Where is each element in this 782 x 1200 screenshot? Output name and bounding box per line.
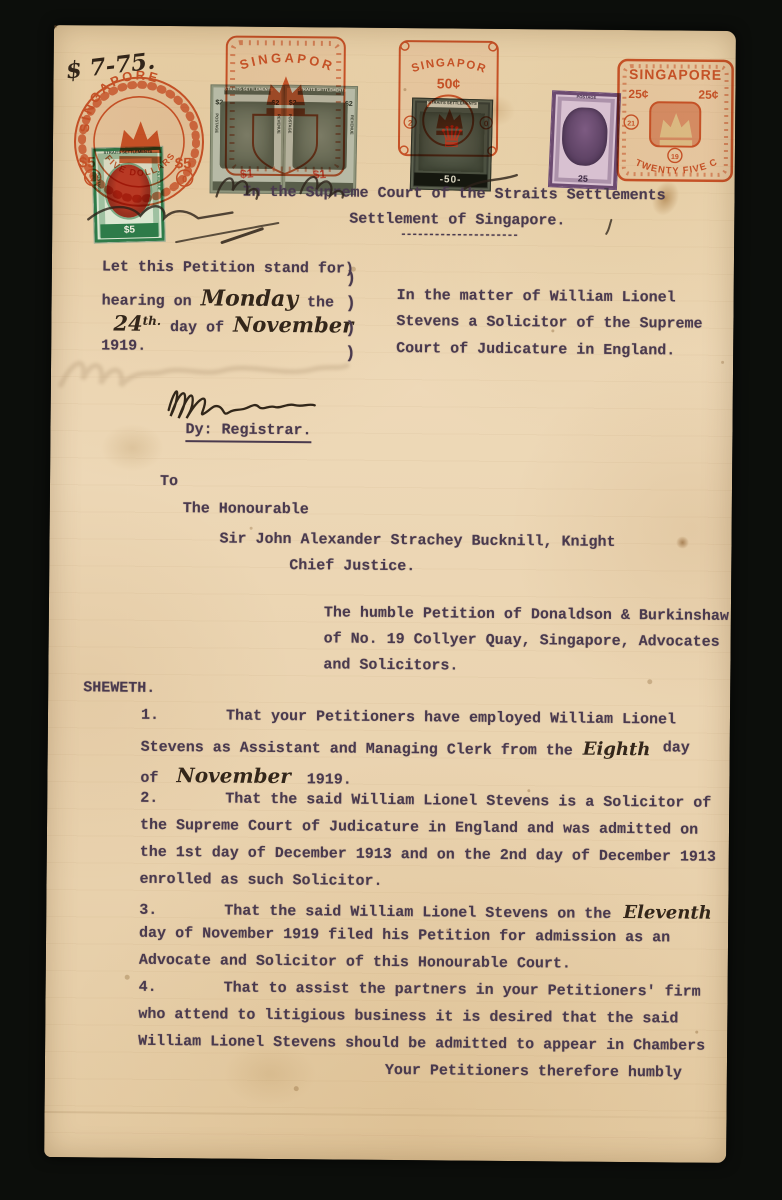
paragraph-1-line-1: 1.That your Petitioners have employed Wi… [141, 708, 676, 729]
stamp-value: 25 [549, 172, 616, 185]
hearing-month-handwritten: November [233, 312, 353, 338]
stamp-country-text: SINGAPORE [629, 66, 722, 83]
paren-glyph: ) [345, 296, 355, 321]
stamp-value: 50¢ [437, 75, 461, 91]
paragraph-text: That to assist the partners in your Peti… [224, 980, 701, 1001]
matter-line-3: Court of Judicature in England. [396, 341, 675, 360]
paragraph-text: Stevens as Assistant and Managing Clerk … [141, 739, 573, 760]
paragraph-text: day [663, 740, 690, 757]
addressee-honourable: The Honourable [183, 501, 309, 519]
typed-dash-underline: --------------------- [400, 229, 518, 242]
paragraph-text: That the said William Lionel Stevens on … [224, 903, 611, 923]
petition-intro-line-1: The humble Petition of Donaldson & Burki… [324, 605, 729, 625]
stamp-die-number: 0 [484, 119, 489, 128]
pen-cancel-marks [600, 216, 620, 238]
paper-crease [45, 1111, 727, 1119]
hearing-order-line-4: 1919. [101, 338, 146, 355]
stamp-die-number: 21 [627, 121, 635, 128]
photo-background: $ 7-75. STRAITS SETTLEMENTS POSTAGE REVE… [0, 0, 782, 1200]
paragraph-4-line-3: William Lionel Stevens should be admitte… [138, 1034, 705, 1055]
hearing-date-suffix-handwritten: th. [143, 314, 162, 328]
paragraph-number: 1. [141, 708, 226, 725]
paragraph-text: of [140, 770, 158, 787]
stamp-portrait [561, 107, 608, 167]
filing-day-handwritten: Eleventh [623, 902, 712, 924]
paragraph-2-line-4: enrolled as such Solicitor. [139, 872, 382, 891]
document-paper: $ 7-75. STRAITS SETTLEMENTS POSTAGE REVE… [44, 25, 736, 1163]
petition-intro-line-3: and Solicitors. [323, 657, 458, 675]
paragraph-number: 2. [140, 791, 225, 808]
paper-stain [675, 536, 689, 548]
brace-parens-column: )))) [345, 271, 356, 371]
petition-intro-line-2: of No. 19 Collyer Quay, Singapore, Advoc… [324, 631, 720, 651]
paragraph-4-line-4: Your Petitioners therefore humbly [385, 1063, 682, 1082]
hearing-order-line-1: Let this Petition stand for) [102, 259, 354, 278]
hearing-order-line-2: hearing on Monday the [102, 285, 335, 312]
stamp-25-cents-purple: POSTAGE 25 [548, 90, 621, 190]
hearing-order-line-3: 24th. day of November [113, 312, 353, 339]
sheweth-heading: SHEWETH. [83, 680, 155, 697]
pen-cancel-marks [461, 169, 521, 196]
stamp-die-number: 19 [671, 154, 679, 161]
paragraph-2-line-3: the 1st day of December 1913 and on the … [140, 845, 716, 867]
hearing-date-handwritten: 24 [113, 311, 142, 336]
paragraph-2-line-2: the Supreme Court of Judicature in Engla… [140, 818, 698, 839]
hearing-day-of-week-handwritten: Monday [201, 285, 299, 312]
paragraph-text: That the said William Lionel Stevens is … [225, 791, 711, 812]
matter-line-2: Stevens a Solicitor of the Supreme [396, 314, 702, 333]
paragraph-number: 4. [139, 980, 224, 997]
employment-month-handwritten: November [176, 763, 291, 788]
paren-glyph: ) [345, 346, 355, 371]
paragraph-2-line-1: 2.That the said William Lionel Stevens i… [140, 791, 711, 812]
paragraph-text: 1919. [307, 771, 352, 788]
paragraph-number: 3. [139, 903, 224, 920]
pen-cancel-marks [202, 144, 398, 258]
paragraph-3-line-2: day of November 1919 filed his Petition … [139, 926, 670, 947]
paren-glyph: ) [346, 271, 356, 296]
addressee-to: To [160, 474, 178, 491]
paragraph-3-line-3: Advocate and Solicitor of this Honourabl… [139, 953, 571, 973]
paragraph-1-line-2: Stevens as Assistant and Managing Clerk … [141, 736, 651, 761]
stamp-singapore-25-cents-embossed: SINGAPORE 25¢ 25¢ 21 19 TWENTY FIVE CENT… [614, 52, 737, 189]
paragraph-4-line-2: who attend to litigious business it is d… [138, 1007, 678, 1028]
stamp-value-right: 25¢ [698, 88, 718, 102]
hearing-line3-mid: day of [161, 319, 233, 337]
hearing-line2-post: the [298, 294, 334, 311]
stamp-value-left: 25¢ [628, 87, 648, 101]
registrar-signature [163, 374, 328, 425]
addressee-name: Sir John Alexander Strachey Bucknill, Kn… [219, 531, 615, 551]
matter-line-1: In the matter of William Lionel [397, 288, 676, 307]
registrar-title: Dy: Registrar. [185, 422, 311, 440]
stamp-die-number: 2 [408, 119, 413, 128]
paragraph-text: That your Petitioners have employed Will… [226, 708, 676, 729]
hearing-line2-pre: hearing on [102, 292, 201, 310]
stamp-singapore-50-cents-embossed: SINGAPORE 50¢ 2 0 [394, 36, 503, 161]
paragraph-1-line-3: ofNovember1919. [140, 764, 352, 789]
registrar-title-text: Dy: Registrar. [185, 421, 311, 443]
stamp-header-text: POSTAGE [564, 95, 610, 101]
paragraph-3-line-1: 3.That the said William Lionel Stevens o… [139, 899, 712, 924]
paper-specks [54, 25, 57, 28]
employment-day-handwritten: Eighth [583, 739, 651, 761]
paragraph-4-line-1: 4.That to assist the partners in your Pe… [139, 980, 701, 1001]
stamp-side-text: POSTAGE [214, 113, 218, 133]
paren-glyph: ) [345, 321, 355, 346]
paper-stain [100, 423, 164, 472]
addressee-role: Chief Justice. [289, 558, 415, 576]
